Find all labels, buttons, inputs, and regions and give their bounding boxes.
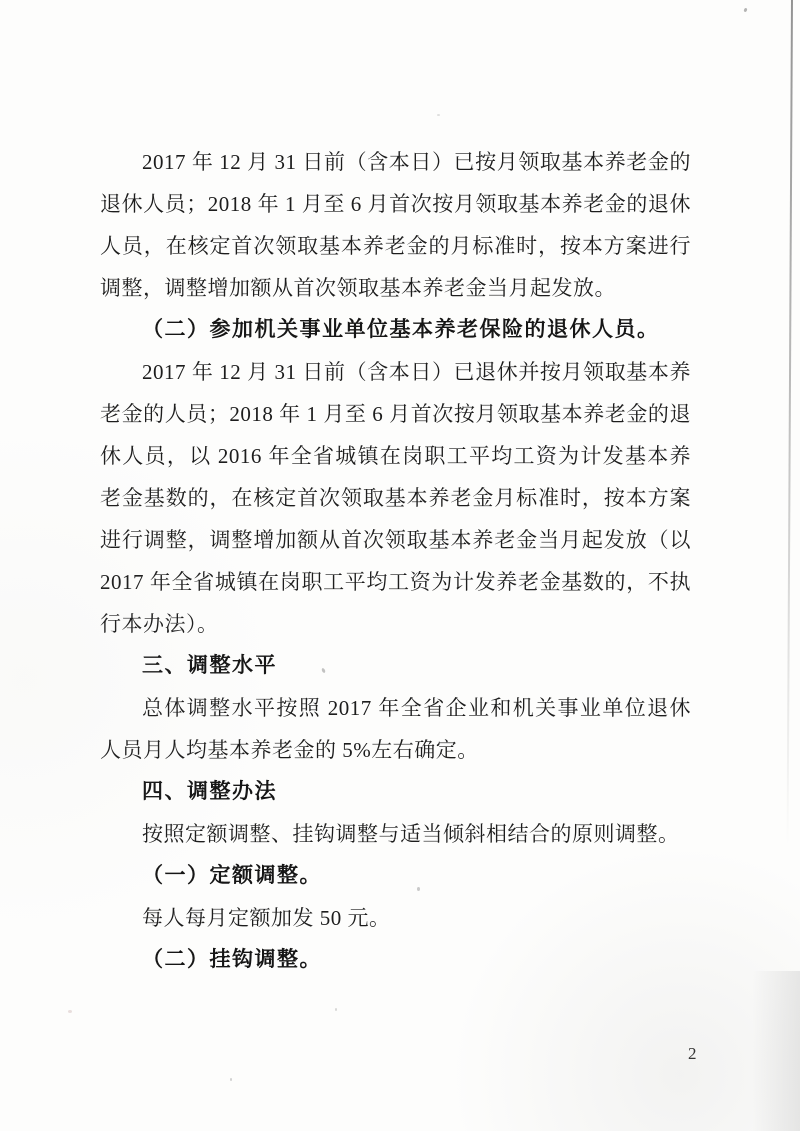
paragraph-adjustment-level-detail: 总体调整水平按照 2017 年全省企业和机关事业单位退休人员月人均基本养老金的 … bbox=[100, 687, 691, 771]
heading-linked-adjustment: （二）挂钩调整。 bbox=[100, 939, 691, 981]
scan-artifact-speck bbox=[417, 887, 420, 891]
page-number: 2 bbox=[688, 1044, 697, 1064]
paragraph-government-institution-retiree-scope: 2017 年 12 月 31 日前（含本日）已退休并按月领取基本养老金的人员；2… bbox=[100, 351, 691, 645]
scan-artifact-speck bbox=[335, 1008, 337, 1011]
scanned-document-page: 2017 年 12 月 31 日前（含本日）已按月领取基本养老金的退休人员；20… bbox=[0, 0, 800, 1131]
heading-section-2-government-institution-retirees: （二）参加机关事业单位基本养老保险的退休人员。 bbox=[100, 309, 691, 351]
paragraph-enterprise-retiree-scope: 2017 年 12 月 31 日前（含本日）已按月领取基本养老金的退休人员；20… bbox=[100, 141, 691, 309]
scan-artifact-corner-smudge bbox=[752, 971, 800, 1131]
scan-artifact-speck bbox=[230, 1078, 232, 1081]
heading-section-4-adjustment-method: 四、调整办法 bbox=[100, 771, 691, 813]
heading-flat-amount-adjustment: （一）定额调整。 bbox=[100, 855, 691, 897]
scan-artifact-speck bbox=[743, 8, 747, 13]
scan-artifact-speck bbox=[437, 114, 440, 116]
scan-artifact-edge-line bbox=[787, 0, 793, 846]
paragraph-adjustment-principle: 按照定额调整、挂钩调整与适当倾斜相结合的原则调整。 bbox=[100, 813, 691, 855]
scan-artifact-speck bbox=[68, 1010, 72, 1013]
heading-section-3-adjustment-level: 三、调整水平 bbox=[100, 645, 691, 687]
document-body: 2017 年 12 月 31 日前（含本日）已按月领取基本养老金的退休人员；20… bbox=[100, 141, 691, 981]
paragraph-flat-amount-detail: 每人每月定额加发 50 元。 bbox=[100, 897, 691, 939]
